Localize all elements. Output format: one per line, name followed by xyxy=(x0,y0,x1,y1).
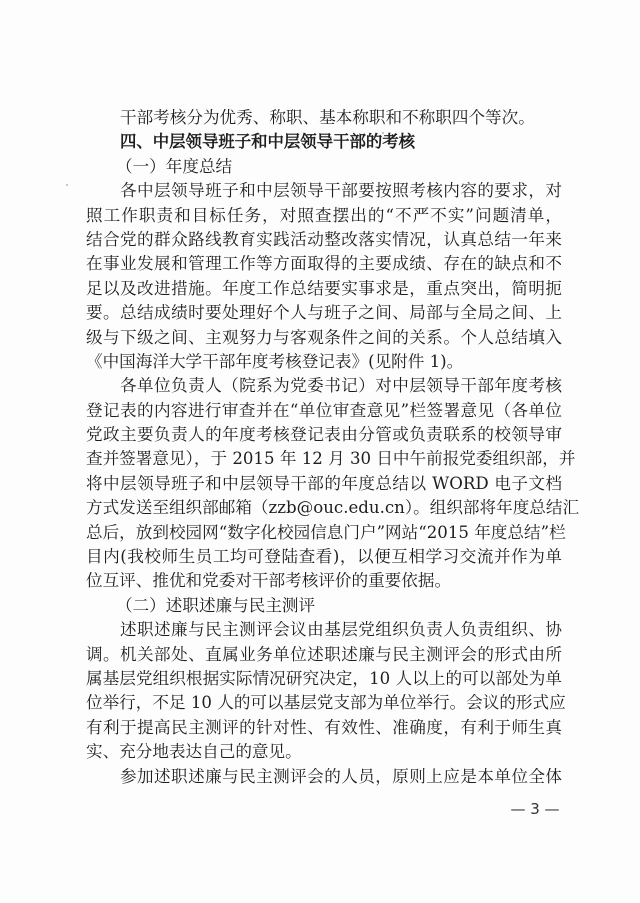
text-line: 位举行，不足 10 人的可以基层党支部为单位举行。会议的形式应 xyxy=(86,691,562,715)
section-heading: 四、中层领导班子和中层领导干部的考核 xyxy=(86,130,562,154)
text-line: 述职述廉与民主测评会议由基层党组织负责人负责组织、协 xyxy=(86,618,562,642)
text-line: 级与下级之间、主观努力与客观条件之间的关系。个人总结填入 xyxy=(86,326,562,350)
text-line: 各单位负责人（院系为党委书记）对中层领导干部年度考核 xyxy=(86,374,562,398)
text-line: 各中层领导班子和中层领导干部要按照考核内容的要求，对 xyxy=(86,179,562,203)
text-line: 属基层党组织根据实际情况研究决定，10 人以上的可以部处为单 xyxy=(86,667,562,691)
subsection-heading: （二）述职述廉与民主测评 xyxy=(86,594,562,618)
text-line: 要。总结成绩时要处理好个人与班子之间、局部与全局之间、上 xyxy=(86,301,562,325)
text-line: 《中国海洋大学干部年度考核登记表》(见附件 1)。 xyxy=(86,350,562,374)
text-line: 在事业发展和管理工作等方面取得的主要成绩、存在的缺点和不 xyxy=(86,252,562,276)
text-line: 照工作职责和目标任务，对照查摆出的“不严不实”问题清单， xyxy=(86,204,562,228)
text-line: 足以及改进措施。年度工作总结要实事求是，重点突出，简明扼 xyxy=(86,277,562,301)
text-line: 调。机关部处、直属业务单位述职述廉与民主测评会的形式由所 xyxy=(86,643,562,667)
text-line: 干部考核分为优秀、称职、基本称职和不称职四个等次。 xyxy=(86,106,562,130)
page-number: — 3 — xyxy=(490,800,580,818)
text-line: 总后，放到校园网“数字化校园信息门户”网站“2015 年度总结”栏 xyxy=(86,521,562,545)
text-line: 党政主要负责人的年度考核登记表由分管或负责联系的校领导审 xyxy=(86,423,562,447)
text-line: 方式发送至组织部邮箱（zzb@ouc.edu.cn）。组织部将年度总结汇 xyxy=(86,496,562,520)
text-line: 查并签署意见），于 2015 年 12 月 30 日中午前报党委组织部，并 xyxy=(86,447,562,471)
text-line: 有利于提高民主测评的针对性、有效性、准确度，有利于师生真 xyxy=(86,716,562,740)
text-line: 结合党的群众路线教育实践活动整改落实情况，认真总结一年来 xyxy=(86,228,562,252)
subsection-heading: （一）年度总结 xyxy=(86,155,562,179)
text-line: 参加述职述廉与民主测评会的人员，原则上应是本单位全体 xyxy=(86,765,562,789)
text-line: 位互评、推优和党委对干部考核评价的重要依据。 xyxy=(86,569,562,593)
document-body: 干部考核分为优秀、称职、基本称职和不称职四个等次。 四、中层领导班子和中层领导干… xyxy=(86,106,562,789)
text-line: 目内(我校师生员工均可登陆查看)，以便互相学习交流并作为单 xyxy=(86,545,562,569)
scan-speck xyxy=(66,184,68,186)
text-line: 登记表的内容进行审查并在“单位审查意见”栏签署意见（各单位 xyxy=(86,399,562,423)
text-line: 将中层领导班子和中层领导干部的年度总结以 WORD 电子文档 xyxy=(86,472,562,496)
document-page: 干部考核分为优秀、称职、基本称职和不称职四个等次。 四、中层领导班子和中层领导干… xyxy=(0,0,640,903)
text-line: 实、充分地表达自己的意见。 xyxy=(86,740,562,764)
